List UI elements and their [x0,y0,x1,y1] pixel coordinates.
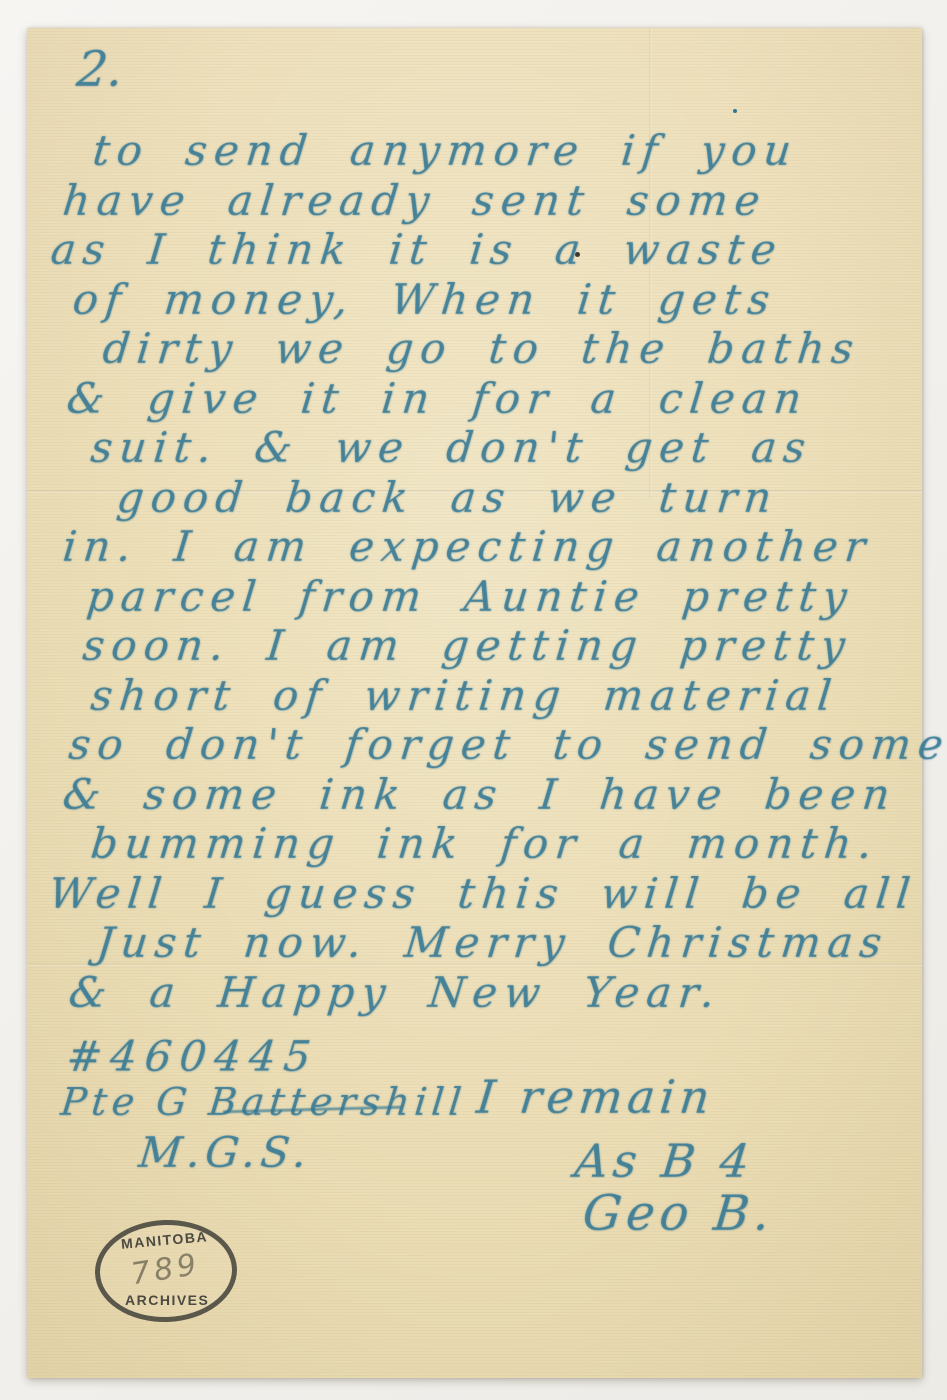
letter-line: of money, When it gets [70,275,924,325]
letter-line: short of writing material [88,671,924,721]
letter-line: good back as we turn [114,473,924,523]
letter-line: Well I guess this will be all [46,869,924,919]
stamp-bottom-text: ARCHIVES [125,1292,209,1308]
letter-line: suit. & we don't get as [88,423,924,473]
closing-as-b4: As B 4 [572,1134,757,1188]
letter-body: to send anymore if you have already sent… [27,126,922,1017]
letter-line: & some ink as I have been [60,770,924,820]
letter-page: 2. to send anymore if you have already s… [27,28,922,1378]
stamp-accession-number: 789 [129,1246,203,1291]
closing-i-remain: I remain [474,1070,717,1124]
letter-line: & give it in for a clean [64,374,924,424]
letter-line: bumming ink for a month. [88,819,924,869]
letter-line: in. I am expecting another [60,522,924,572]
letter-line: Just now. Merry Christmas [94,918,924,968]
letter-line: dirty we go to the baths [100,324,924,374]
unit-abbreviation: M.G.S. [136,1128,314,1177]
archives-stamp: MANITOBA 789 ARCHIVES [93,1218,238,1325]
letter-line: so don't forget to send some [66,720,924,770]
ink-dot [733,109,737,113]
service-number: #460445 [64,1032,321,1081]
letter-line: have already sent some [60,176,924,226]
letter-line: as I think it is a waste [48,225,924,275]
letter-line: to send anymore if you [90,126,924,176]
letter-line: parcel from Auntie pretty [84,572,924,622]
page-number: 2. [74,42,126,98]
soldier-name: Pte G Battershill [59,1080,469,1124]
signature: Geo B. [580,1186,777,1242]
letter-line: soon. I am getting pretty [80,621,924,671]
letter-line: & a Happy New Year. [66,968,924,1018]
